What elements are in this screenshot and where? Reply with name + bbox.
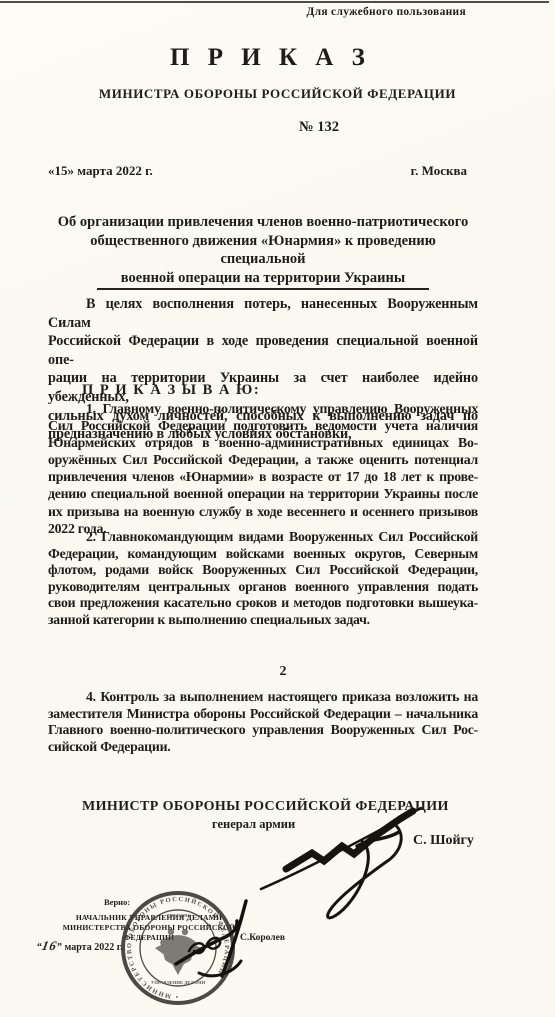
certifier-name: С.Королев <box>240 933 285 943</box>
minister-rank: генерал армии <box>212 817 295 832</box>
document-page: Для служебного пользования П Р И К А З М… <box>0 0 555 1017</box>
handwritten-day: 16 <box>40 938 58 954</box>
text-line: 4. Контроль за выполнением настоящего пр… <box>48 689 478 706</box>
text-line: Об организации привлечения членов военно… <box>48 213 478 232</box>
item-2-paragraph: 2. Главнокомандующим видами Вооруженных … <box>48 529 478 629</box>
text-line: сийской Федерации. <box>48 739 478 756</box>
order-date: «15» марта 2022 г. <box>48 163 153 179</box>
text-line: занной категории к выполнению специальны… <box>48 612 478 629</box>
stamp-ring-text: • МИНИСТЕРСТВО ОБОРОНЫ РОССИЙСКОЙ ФЕДЕРА… <box>126 896 230 1000</box>
order-title: П Р И К А З <box>170 44 371 72</box>
text-line: В целях восполнения потерь, нанесенных В… <box>48 295 478 332</box>
subject-heading: Об организации привлечения членов военно… <box>48 213 478 290</box>
date-rest: ” марта 2022 г. <box>57 942 123 953</box>
page-number: 2 <box>48 664 518 680</box>
signatures-and-stamp-layer: • МИНИСТЕРСТВО ОБОРОНЫ РОССИЙСКОЙ ФЕДЕРА… <box>0 780 555 1017</box>
minister-title: МИНИСТР ОБОРОНЫ РОССИЙСКОЙ ФЕДЕРАЦИИ <box>82 799 449 815</box>
text-line: 1. Главному военно-политическому управле… <box>48 400 478 417</box>
svg-text:• МИНИСТЕРСТВО ОБОРОНЫ РОССИЙС: • МИНИСТЕРСТВО ОБОРОНЫ РОССИЙСКОЙ ФЕДЕРА… <box>126 896 230 1000</box>
dateline: «15» марта 2022 г. г. Москва <box>48 163 467 179</box>
text-line: общественного движения «Юнармия» к прове… <box>48 232 478 269</box>
certification-verno: Верно: <box>104 897 130 907</box>
text-line: Главного военно-политического управления… <box>48 722 478 739</box>
text-line: 2. Главнокомандующим видами Вооруженных … <box>48 529 478 546</box>
certifier-position-line1: НАЧАЛЬНИК УПРАВЛЕНИЯ ДЕЛАМИ <box>37 913 261 923</box>
stamp-inner-text: УПРАВЛЕНИЕ ДЕЛАМИ <box>151 980 205 985</box>
certification-date: “16” марта 2022 г. <box>37 938 123 954</box>
order-number: № 132 <box>299 119 339 136</box>
issuer-line: МИНИСТРА ОБОРОНЫ РОССИЙСКОЙ ФЕДЕРАЦИИ <box>0 86 555 102</box>
item-1-paragraph: 1. Главному военно-политическому управле… <box>48 400 478 537</box>
official-stamp: • МИНИСТЕРСТВО ОБОРОНЫ РОССИЙСКОЙ ФЕДЕРА… <box>123 893 233 1003</box>
text-line: их призыва на военную службу в ходе весе… <box>48 503 478 520</box>
text-line: военной операции на территории Украины <box>97 269 429 291</box>
text-line: свои предложения касательно сроков и мет… <box>48 595 478 612</box>
top-border-line <box>0 1 549 3</box>
text-line: дению специальной военной операции на те… <box>48 485 478 502</box>
text-line: Юнармейских отрядов в военно-администрат… <box>48 434 478 451</box>
decree-word: П Р И К А З Ы В А Ю: <box>82 382 260 399</box>
text-line: руководителям центральных органов военно… <box>48 579 478 596</box>
text-line: Сил Российской Федерации подготовить вед… <box>48 417 478 434</box>
text-line: Российской Федерации в ходе проведения с… <box>48 332 478 369</box>
text-line: привлечения членов «Юнармии» в возрасте … <box>48 468 478 485</box>
text-line: Федерации, командующим войсками военных … <box>48 546 478 563</box>
text-line: заместителя Министра обороны Российской … <box>48 706 478 723</box>
item-4-paragraph: 4. Контроль за выполнением настоящего пр… <box>48 689 478 755</box>
classification-label: Для служебного пользования <box>306 6 466 18</box>
text-line: флотом, родами войск Вооруженных Сил Рос… <box>48 562 478 579</box>
minister-name: С. Шойгу <box>413 833 474 849</box>
text-line: оружённых Сил Российской Федерации, а та… <box>48 451 478 468</box>
order-place: г. Москва <box>411 163 467 179</box>
